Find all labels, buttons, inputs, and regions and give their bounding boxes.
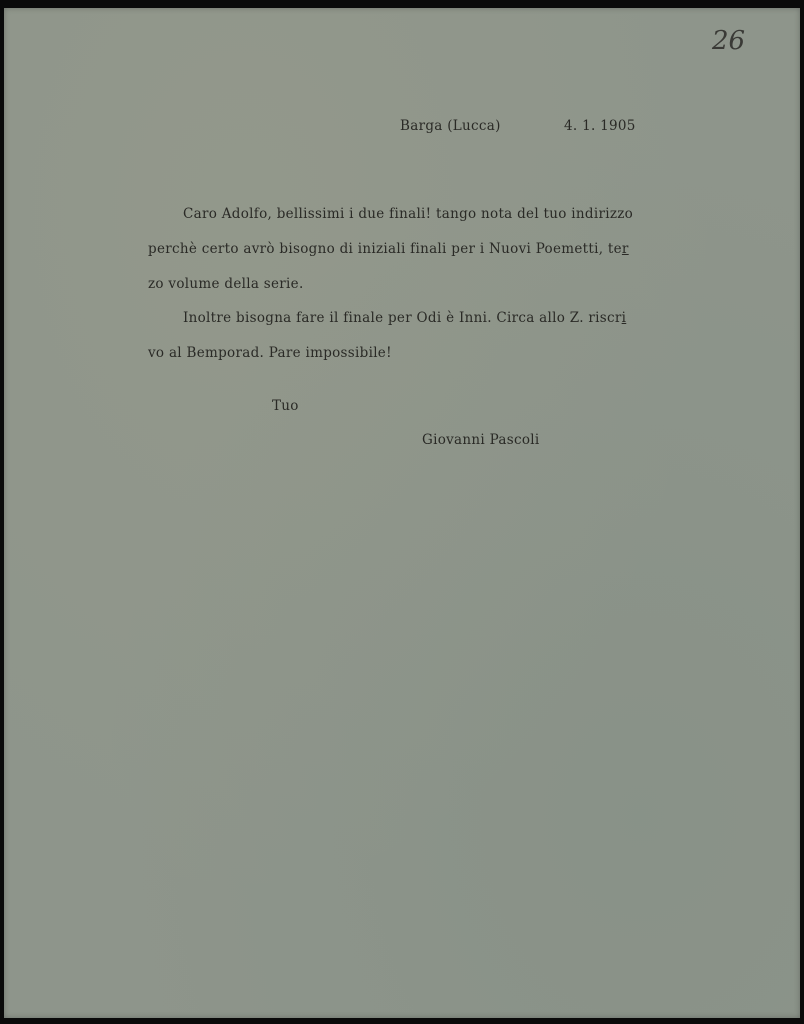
body-line: zo volume della serie. [148, 276, 304, 292]
signature: Giovanni Pascoli [422, 432, 539, 448]
body-line: perchè certo avrò bisogno di iniziali fi… [148, 241, 629, 257]
body-line: Caro Adolfo, bellissimi i due finali! ta… [183, 206, 633, 222]
body-line: vo al Bemporad. Pare impossibile! [148, 345, 392, 361]
letter-place: Barga (Lucca) [400, 118, 501, 134]
body-line: Inoltre bisogna fare il finale per Odi è… [183, 310, 626, 326]
letter-date: 4. 1. 1905 [564, 118, 636, 134]
letter-page: 26 Barga (Lucca) 4. 1. 1905 Caro Adolfo,… [4, 8, 800, 1018]
page-number: 26 [712, 26, 745, 56]
salutation: Tuo [272, 398, 299, 414]
